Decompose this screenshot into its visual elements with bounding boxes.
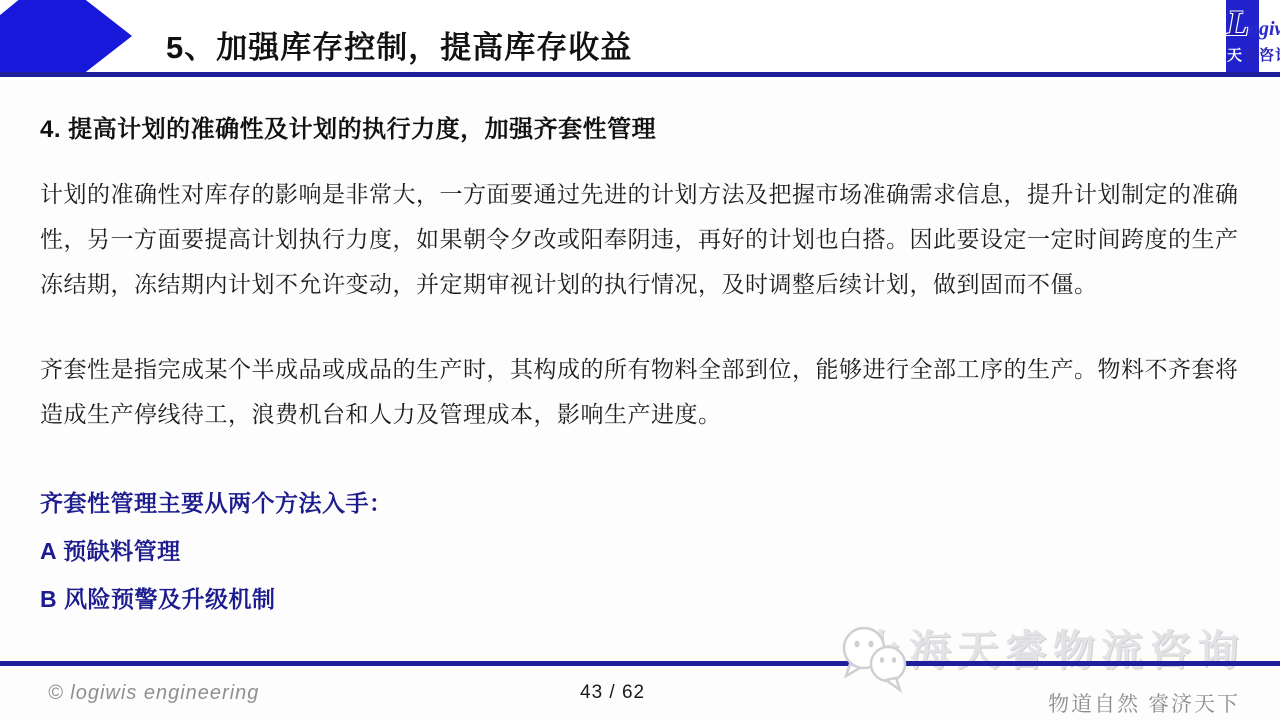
watermark-text: 上海天睿物流咨询	[861, 618, 1245, 678]
company-logo: Logiwis 天睿咨询	[1202, 0, 1280, 72]
slide-header: 5、加强库存控制，提高库存收益	[0, 0, 1280, 77]
logo-wordmark: Logiwis	[1227, 2, 1280, 44]
footer-slogan: 物道自然 睿济天下	[1048, 688, 1240, 718]
logo-subtitle: 天睿咨询	[1227, 44, 1280, 65]
highlight-intro: 齐套性管理主要从两个方法入手：	[40, 479, 1240, 527]
copyright-text: © logiwis engineering	[48, 682, 259, 705]
highlight-item-a: A 预缺料管理	[40, 527, 1240, 575]
logo-initial: L	[1227, 3, 1249, 43]
header-arrow-shape	[0, 0, 132, 72]
logo-brand-rest: ogiwis	[1249, 18, 1280, 40]
logo-subtitle-first: 天	[1227, 47, 1243, 64]
paragraph-kitting-definition: 齐套性是指完成某个半成品或成品的生产时，其构成的所有物料全部到位，能够进行全部工…	[40, 347, 1240, 437]
page-number: 43 / 62	[580, 682, 645, 704]
footer-divider	[0, 661, 1280, 666]
highlight-block: 齐套性管理主要从两个方法入手： A 预缺料管理 B 风险预警及升级机制	[40, 479, 1240, 623]
section-heading: 4. 提高计划的准确性及计划的执行力度，加强齐套性管理	[40, 109, 1240, 144]
highlight-item-b: B 风险预警及升级机制	[40, 575, 1240, 623]
slide-title: 5、加强库存控制，提高库存收益	[166, 22, 632, 67]
slide-body: 4. 提高计划的准确性及计划的执行力度，加强齐套性管理 计划的准确性对库存的影响…	[40, 95, 1240, 623]
paragraph-plan-accuracy: 计划的准确性对库存的影响是非常大，一方面要通过先进的计划方法及把握市场准确需求信…	[40, 172, 1240, 307]
header-divider	[0, 72, 1280, 77]
logo-subtitle-rest: 睿咨询	[1243, 47, 1280, 64]
wechat-icon	[836, 622, 914, 705]
